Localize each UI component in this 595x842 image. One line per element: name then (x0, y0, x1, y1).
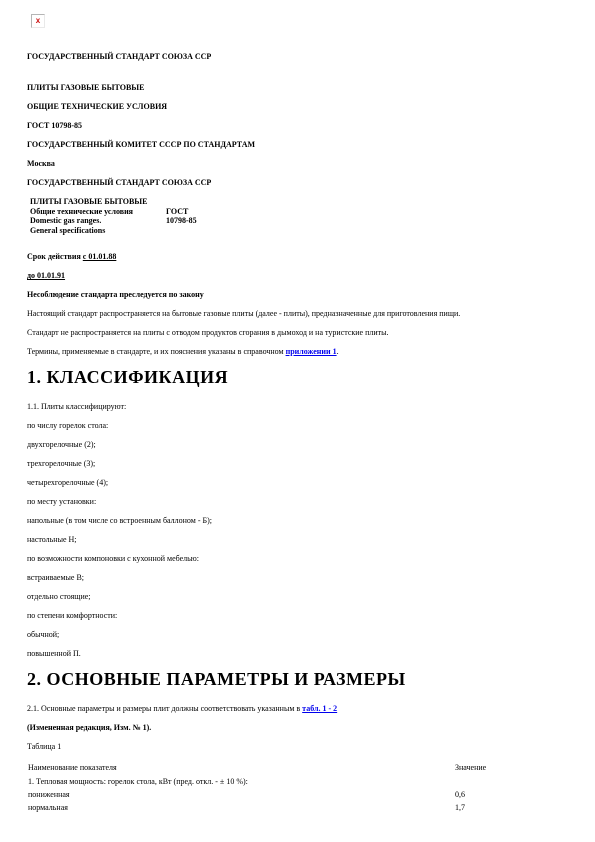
classification-item: по степени комфортности: (27, 611, 570, 620)
product-title-line: ПЛИТЫ ГАЗОВЫЕ БЫТОВЫЕ (27, 83, 570, 92)
table-header-row: Наименование показателя Значение (27, 761, 570, 774)
table-cell-value (455, 775, 570, 788)
classification-item: по возможности компоновки с кухонной меб… (27, 554, 570, 563)
broken-image-icon: x (31, 14, 45, 28)
title-block-left: ПЛИТЫ ГАЗОВЫЕ БЫТОВЫЕ Общие технические … (30, 197, 166, 235)
intro-p3-suffix: . (337, 347, 339, 356)
classification-item: встраиваемые В; (27, 573, 570, 582)
table-1: Наименование показателя Значение 1. Тепл… (27, 761, 570, 814)
classification-item: отдельно стоящие; (27, 592, 570, 601)
classification-item: по числу горелок стола: (27, 421, 570, 430)
document-page: x ГОСУДАРСТВЕННЫЙ СТАНДАРТ СОЮЗА ССР ПЛИ… (0, 0, 595, 814)
general-conditions-line: ОБЩИЕ ТЕХНИЧЕСКИЕ УСЛОВИЯ (27, 102, 570, 111)
broken-image-glyph: x (36, 17, 40, 25)
title-block-right: ГОСТ 10798-85 (166, 197, 197, 235)
validity-prefix: Срок действия (27, 252, 83, 261)
tables-1-2-link[interactable]: табл. 1 - 2 (302, 704, 337, 713)
classification-item: 1.1. Плиты классифицируют: (27, 402, 570, 411)
intro-p3-text: Термины, применяемые в стандарте, и их п… (27, 347, 286, 356)
appendix-1-link[interactable]: приложении 1 (286, 347, 337, 356)
classification-item: по месту установки: (27, 497, 570, 506)
section-1-heading: 1. КЛАССИФИКАЦИЯ (27, 368, 570, 387)
law-notice: Несоблюдение стандарта преследуется по з… (27, 290, 570, 299)
section-2-heading: 2. ОСНОВНЫЕ ПАРАМЕТРЫ И РАЗМЕРЫ (27, 670, 570, 689)
gost-number-line: ГОСТ 10798-85 (27, 121, 570, 130)
classification-item: четырехгорелочные (4); (27, 478, 570, 487)
table-row: нормальная 1,7 (27, 801, 570, 814)
table-header-value: Значение (455, 761, 570, 774)
amendment-note: (Измененная редакция, Изм. № 1). (27, 723, 570, 732)
validity-to-line: до 01.01.91 (27, 271, 570, 280)
city-line: Москва (27, 159, 570, 168)
intro-paragraph-3: Термины, применяемые в стандарте, и их п… (27, 347, 570, 356)
classification-item: напольные (в том числе со встроенным бал… (27, 516, 570, 525)
classification-item: двухгорелочные (2); (27, 440, 570, 449)
table-row: 1. Тепловая мощность: горелок стола, кВт… (27, 775, 570, 788)
validity-from-date: с 01.01.88 (83, 252, 117, 261)
validity-from-line: Срок действия с 01.01.88 (27, 252, 570, 261)
classification-item: настольные Н; (27, 535, 570, 544)
classification-item: повышенной П. (27, 649, 570, 658)
table-header-name: Наименование показателя (27, 761, 455, 774)
title-block-subtitle-ru: Общие технические условия (30, 207, 166, 217)
classification-item: трехгорелочные (3); (27, 459, 570, 468)
table-caption: Таблица 1 (27, 742, 570, 751)
title-block: ПЛИТЫ ГАЗОВЫЕ БЫТОВЫЕ Общие технические … (30, 197, 570, 235)
intro-paragraph-2: Стандарт не распространяется на плиты с … (27, 328, 570, 337)
table-row: пониженная 0,6 (27, 788, 570, 801)
title-block-subtitle-en1: Domestic gas ranges. (30, 216, 166, 226)
intro-paragraph-1: Настоящий стандарт распространяется на б… (27, 309, 570, 318)
title-block-name: ПЛИТЫ ГАЗОВЫЕ БЫТОВЫЕ (30, 197, 166, 207)
state-committee-line: ГОСУДАРСТВЕННЫЙ КОМИТЕТ СССР ПО СТАНДАРТ… (27, 140, 570, 149)
table-cell-value: 0,6 (455, 788, 570, 801)
clause-2-1: 2.1. Основные параметры и размеры плит д… (27, 704, 570, 713)
gost-number: 10798-85 (166, 216, 197, 226)
gost-label: ГОСТ (166, 207, 197, 217)
classification-item: обычной; (27, 630, 570, 639)
state-standard-header: ГОСУДАРСТВЕННЫЙ СТАНДАРТ СОЮЗА ССР (27, 52, 570, 61)
title-block-subtitle-en2: General specifications (30, 226, 166, 236)
clause-2-1-text: 2.1. Основные параметры и размеры плит д… (27, 704, 302, 713)
table-cell-value: 1,7 (455, 801, 570, 814)
state-standard-header-2: ГОСУДАРСТВЕННЫЙ СТАНДАРТ СОЮЗА ССР (27, 178, 570, 187)
table-cell-name: 1. Тепловая мощность: горелок стола, кВт… (27, 775, 455, 788)
table-cell-name: пониженная (27, 788, 455, 801)
table-cell-name: нормальная (27, 801, 455, 814)
